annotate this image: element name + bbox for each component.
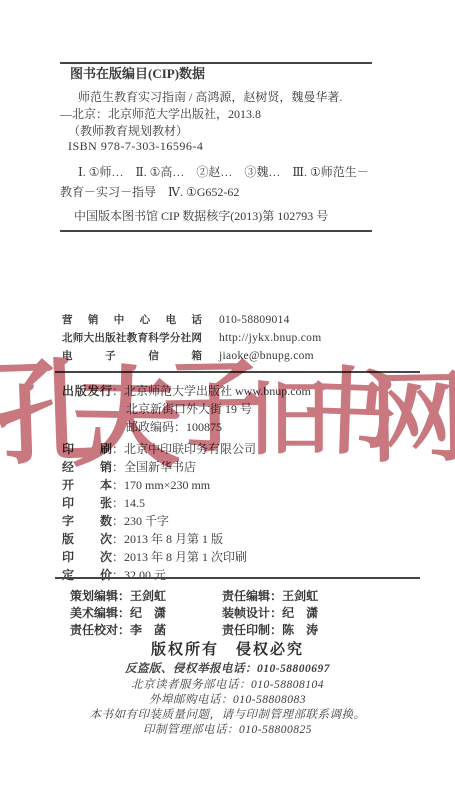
contact-row: 电子信箱 jiaoke@bnupg.com	[62, 348, 314, 363]
staff-label: 美术编辑	[70, 604, 118, 621]
staff-row: 策划编辑：王剑虹 责任编辑：王剑虹	[70, 587, 318, 604]
cip-record-line: 中国版本图书馆 CIP 数据核字(2013)第 102793 号	[74, 209, 328, 223]
staff-right: 责任编辑：王剑虹	[222, 587, 318, 604]
staff-row: 美术编辑：纪 潇 装帧设计：纪 潇	[70, 604, 318, 621]
publisher-name: 北京师范大学出版社 www.bnup.com	[124, 382, 311, 399]
staff-label: 策划编辑	[70, 587, 118, 604]
antipiracy-phone-line: 反盗版、侵权举报电话：010-58800697	[40, 660, 415, 676]
staff-row: 责任校对：李 菡 责任印制：陈 涛	[70, 621, 318, 638]
printer-value: 北京中印联印务有限公司	[124, 440, 256, 457]
marketing-phone: 010-58809014	[219, 314, 290, 326]
price-value: 32.00 元	[124, 566, 166, 583]
colon: ：	[112, 476, 124, 493]
colon: ：	[112, 548, 124, 565]
format-label: 开本	[62, 476, 112, 493]
edition-label: 版次	[62, 530, 112, 547]
cip-publisher-line: —北京：北京师范大学出版社，2013.8	[60, 107, 261, 121]
quality-notice-line: 本书如有印装质量问题，请与印制管理部联系调换。	[40, 706, 415, 722]
contact-label: 电子信箱	[62, 348, 202, 363]
colon: ：	[270, 587, 282, 604]
copyright-headline-wrap: 版权所有 侵权必究	[40, 638, 415, 659]
publication-row: 开本： 170 mm×230 mm	[62, 476, 210, 493]
divider-contact-bottom	[55, 371, 420, 373]
cip-class-line2: 教育－实习－指导 Ⅳ. ①G652-62	[60, 185, 239, 199]
printer-label: 印刷	[62, 440, 112, 457]
colon: ：	[118, 621, 130, 638]
publication-row: 印张： 14.5	[62, 494, 145, 511]
contact-label: 营销中心电话	[62, 312, 202, 327]
wordcount-value: 230 千字	[124, 512, 169, 529]
reader-service-phone-line: 北京读者服务部电话：010-58808104	[40, 676, 415, 692]
colon: ：	[112, 382, 124, 399]
staff-name: 李 菡	[130, 621, 166, 638]
wordcount-label: 字数	[62, 512, 112, 529]
mail-order-phone-line: 外埠邮购电话：010-58808083	[40, 691, 415, 707]
staff-name: 王剑虹	[282, 587, 318, 604]
publication-row: 经销： 全国新华书店	[62, 458, 196, 475]
publication-row: 版次： 2013 年 8 月第 1 版	[62, 530, 223, 547]
staff-left: 责任校对：李 菡	[70, 621, 166, 638]
staff-name: 纪 潇	[130, 604, 166, 621]
divider-cip-bottom	[60, 230, 372, 232]
copyright-headline: 版权所有 侵权必究	[151, 641, 304, 658]
price-label: 定价	[62, 566, 112, 583]
colon: ：	[112, 530, 124, 547]
staff-right: 责任印制：陈 涛	[222, 621, 318, 638]
publication-row: 印次： 2013 年 8 月第 1 次印刷	[62, 548, 247, 565]
book-copyright-page: 图书在版编目(CIP)数据 师范生教育实习指南 / 高鸿源，赵树贤，魏曼华著. …	[0, 0, 455, 800]
impression-label: 印次	[62, 548, 112, 565]
staff-left: 美术编辑：纪 潇	[70, 604, 166, 621]
cip-header: 图书在版编目(CIP)数据	[70, 66, 205, 82]
isbn: ISBN 978-7-303-16596-4	[68, 139, 203, 153]
sheets-label: 印张	[62, 494, 112, 511]
publication-row: 定价： 32.00 元	[62, 566, 166, 583]
format-value: 170 mm×230 mm	[124, 478, 210, 493]
cip-title-line: 师范生教育实习指南 / 高鸿源，赵树贤，魏曼华著.	[78, 90, 342, 104]
staff-left: 策划编辑：王剑虹	[70, 587, 166, 604]
distributor-label: 经销	[62, 458, 112, 475]
colon: ：	[118, 587, 130, 604]
email-address: jiaoke@bnupg.com	[219, 350, 314, 362]
publication-row: 印刷： 北京中印联印务有限公司	[62, 440, 256, 457]
edition-value: 2013 年 8 月第 1 版	[124, 530, 223, 547]
staff-label: 责任编辑	[222, 587, 270, 604]
colon: ：	[112, 494, 124, 511]
branch-website-url: http://jykx.bnup.com	[219, 332, 321, 344]
staff-label: 责任印制	[222, 621, 270, 638]
staff-right: 装帧设计：纪 潇	[222, 604, 318, 621]
sheets-value: 14.5	[124, 496, 145, 511]
contact-label: 北师大出版社教育科学分社网	[62, 330, 202, 345]
distributor-value: 全国新华书店	[124, 458, 196, 475]
contact-row: 北师大出版社教育科学分社网 http://jykx.bnup.com	[62, 330, 321, 345]
staff-name: 纪 潇	[282, 604, 318, 621]
colon: ：	[112, 458, 124, 475]
cip-series-line: （教师教育规划教材）	[68, 124, 188, 138]
colon: ：	[270, 604, 282, 621]
staff-name: 王剑虹	[130, 587, 166, 604]
impression-value: 2013 年 8 月第 1 次印刷	[124, 548, 247, 565]
contact-row: 营销中心电话 010-58809014	[62, 312, 290, 327]
colon: ：	[118, 604, 130, 621]
staff-label: 责任校对	[70, 621, 118, 638]
publication-row: 字数： 230 千字	[62, 512, 169, 529]
publisher-postcode: 邮政编码：100875	[126, 420, 222, 434]
colon: ：	[112, 566, 124, 583]
publication-row: 出版发行： 北京师范大学出版社 www.bnup.com	[62, 382, 311, 399]
divider-publication-bottom	[55, 577, 420, 579]
colon: ：	[270, 621, 282, 638]
colon: ：	[112, 440, 124, 457]
colon: ：	[112, 512, 124, 529]
cip-class-line1: Ⅰ. ①师… Ⅱ. ①高… ②赵… ③魏… Ⅲ. ①师范生－	[78, 165, 369, 179]
divider-top	[60, 62, 372, 64]
publisher-label: 出版发行	[62, 382, 112, 399]
staff-label: 装帧设计	[222, 604, 270, 621]
print-dept-phone-line: 印制管理部电话：010-58800825	[40, 721, 415, 737]
staff-name: 陈 涛	[282, 621, 318, 638]
publisher-address: 北京新街口外大街 19 号	[126, 402, 252, 416]
